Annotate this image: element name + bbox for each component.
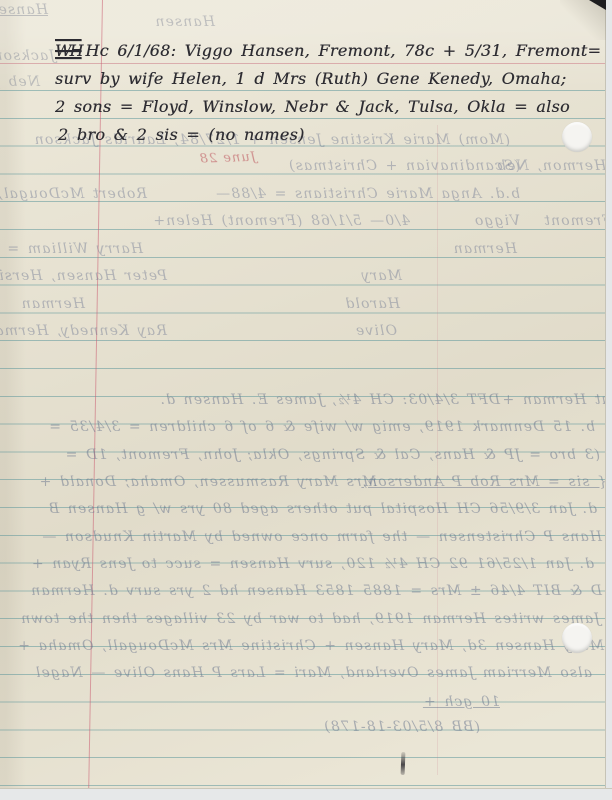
bleedthrough-text: DFT 3/4/03: CH 4½, James E. Hansen d. [159, 392, 500, 408]
handwritten-text: Hc 6/1/68: Viggo Hansen, Fremont, 78c + … [85, 41, 601, 60]
bleedthrough-text: d. Jan 1/25/61 92 CH 4½ 120, surv Hansen… [31, 556, 594, 572]
bleedthrough-text: 4/0— 5/1/68 (Fremont) Helen+ [152, 213, 410, 229]
bleedthrough-line: Hans P Christensen — the farm once owned… [0, 529, 612, 551]
handwritten-text: surv by wife Helen, 1 d Mrs (Ruth) Gene … [55, 69, 566, 88]
scanner-background-right [605, 0, 612, 800]
bleedthrough-text: Herman [21, 296, 85, 312]
bleedthrough-text: (BB 8/5/03-18-178) [323, 719, 480, 735]
scanner-background-bottom [0, 788, 612, 800]
bleedthrough-text: b.d. Anga Marie Christians = 4/88— [215, 186, 520, 202]
date-stamp-bleedthrough: June 28 [186, 150, 257, 170]
bleedthrough-text: (3 bro = JP & Hans, Cal & Springs, Okla;… [65, 447, 600, 463]
bleedthrough-text: Peter Hansen, Herside, Cal. [0, 268, 167, 284]
bleedthrough-text: Olive [355, 323, 397, 339]
handwritten-line: surv by wife Helen, 1 d Mrs (Ruth) Gene … [55, 69, 600, 95]
scanned-page: Hansen Hansen Jackson Neb y (Mom) Marie … [0, 0, 612, 800]
bleedthrough-text: Neb y [0, 74, 40, 90]
bleedthrough-text: b. 15 Denmark 1919, emig w/ wife & 6 of … [48, 419, 595, 435]
bleedthrough-text: also Merriam James Overland, Mari = Lars… [35, 665, 592, 681]
bleedthrough-line: HaroldHerman [0, 296, 612, 318]
hole-punch-top [562, 122, 592, 152]
bleedthrough-text: Mary Hansen 3d, Mary Hansen + Christine … [17, 638, 604, 654]
bleedthrough-text: Hans P Christensen — the farm once owned… [41, 529, 602, 545]
bleedthrough-text: Jackson [0, 48, 55, 64]
bleedthrough-text: D & BIT 4/46 ± Mrs = 1885 1853 Hansen hd… [30, 583, 602, 599]
bleedthrough-line: { sis = Mrs Rob P Anderson,Mrs Mary Rasm… [0, 474, 612, 496]
bleedthrough-line: DFT 3/4/03: CH 4½, James E. Hansen d.at … [0, 392, 612, 414]
bleedthrough-line: 10 gch + [0, 694, 612, 716]
bleedthrough-text: (Scandinavian + Christmas) [288, 158, 520, 174]
bleedthrough-text: James writes Herman 1919, had to war by … [20, 611, 600, 627]
bleedthrough-text: Harry William = 9/46— [0, 241, 143, 257]
bleedthrough-text: Harold [344, 296, 400, 312]
bleedthrough-line: (Scandinavian + Christmas), 1946 Hermon,… [0, 158, 612, 180]
bleedthrough-line: OliveRay Kennedy, Herman [0, 323, 612, 345]
handwritten-text: 2 sons = Floyd, Winslow, Nebr & Jack, Tu… [55, 97, 570, 116]
handwritten-text: 2 bro & 2 sis = (no names) [58, 125, 305, 144]
bleedthrough-text: Fremont [543, 213, 612, 229]
bleedthrough-line: James writes Herman 1919, had to war by … [0, 611, 612, 633]
bleedthrough-text: Ray Kennedy, Herman [0, 323, 167, 339]
bleedthrough-text: at Herman + [501, 392, 610, 408]
bleedthrough-text: , 1946 Hermon, Neb [496, 158, 612, 174]
bleedthrough-line: d. Jan 3/9/56 CH Hospital put others age… [0, 501, 612, 523]
bleedthrough-line: (BB 8/5/03-18-178) [0, 719, 612, 741]
bleedthrough-line: Mary Hansen 3d, Mary Hansen + Christine … [0, 638, 612, 660]
bleedthrough-text: { sis = Mrs Rob P Anderson, [361, 474, 607, 490]
handwritten-line: 2 bro & 2 sis = (no names) [58, 125, 603, 151]
bleedthrough-text: Mrs Mary Rasmussen, Omaha; Donald + [39, 474, 377, 490]
scan-corner-artifact [589, 0, 606, 10]
bleedthrough-text: Hansen [154, 14, 215, 30]
bleedthrough-text: Herman [453, 241, 517, 257]
bleedthrough-line: MaryPeter Hansen, Herside, Cal. [0, 268, 612, 290]
hole-punch-bottom [562, 623, 592, 653]
bleedthrough-text: d. Jan 3/9/56 CH Hospital put others age… [48, 501, 597, 517]
bleedthrough-text: 10 gch + [423, 694, 500, 710]
bleedthrough-line: HermanHarry William = 9/46— [0, 241, 612, 263]
handwritten-line: 2 sons = Floyd, Winslow, Nebr & Jack, Tu… [55, 97, 600, 123]
bleedthrough-line: b. 15 Denmark 1919, emig w/ wife & 6 of … [0, 419, 612, 441]
bleedthrough-text: Mary [360, 268, 402, 284]
bleedthrough-line: (3 bro = JP & Hans, Cal & Springs, Okla;… [0, 447, 612, 469]
stray-ink-mark [401, 752, 406, 775]
bleedthrough-line: d. Jan 1/25/61 92 CH 4½ 120, surv Hansen… [0, 556, 612, 578]
bleedthrough-line: Viggo4/0— 5/1/68 (Fremont) Helen+Fremont [0, 213, 612, 235]
handwritten-line: WHHc 6/1/68: Viggo Hansen, Fremont, 78c … [55, 41, 600, 67]
bleedthrough-line: D & BIT 4/46 ± Mrs = 1885 1853 Hansen hd… [0, 583, 612, 605]
bleedthrough-text: Viggo [474, 213, 520, 229]
bleedthrough-line: b.d. Anga Marie Christians = 4/88—Robert… [0, 186, 612, 208]
bleedthrough-line: also Merriam James Overland, Mari = Lars… [0, 665, 612, 687]
bleedthrough-line: Hansen [0, 14, 612, 36]
scratched-out-word: WH [55, 41, 81, 60]
bleedthrough-text: Robert McDougal, Emily [0, 186, 147, 202]
